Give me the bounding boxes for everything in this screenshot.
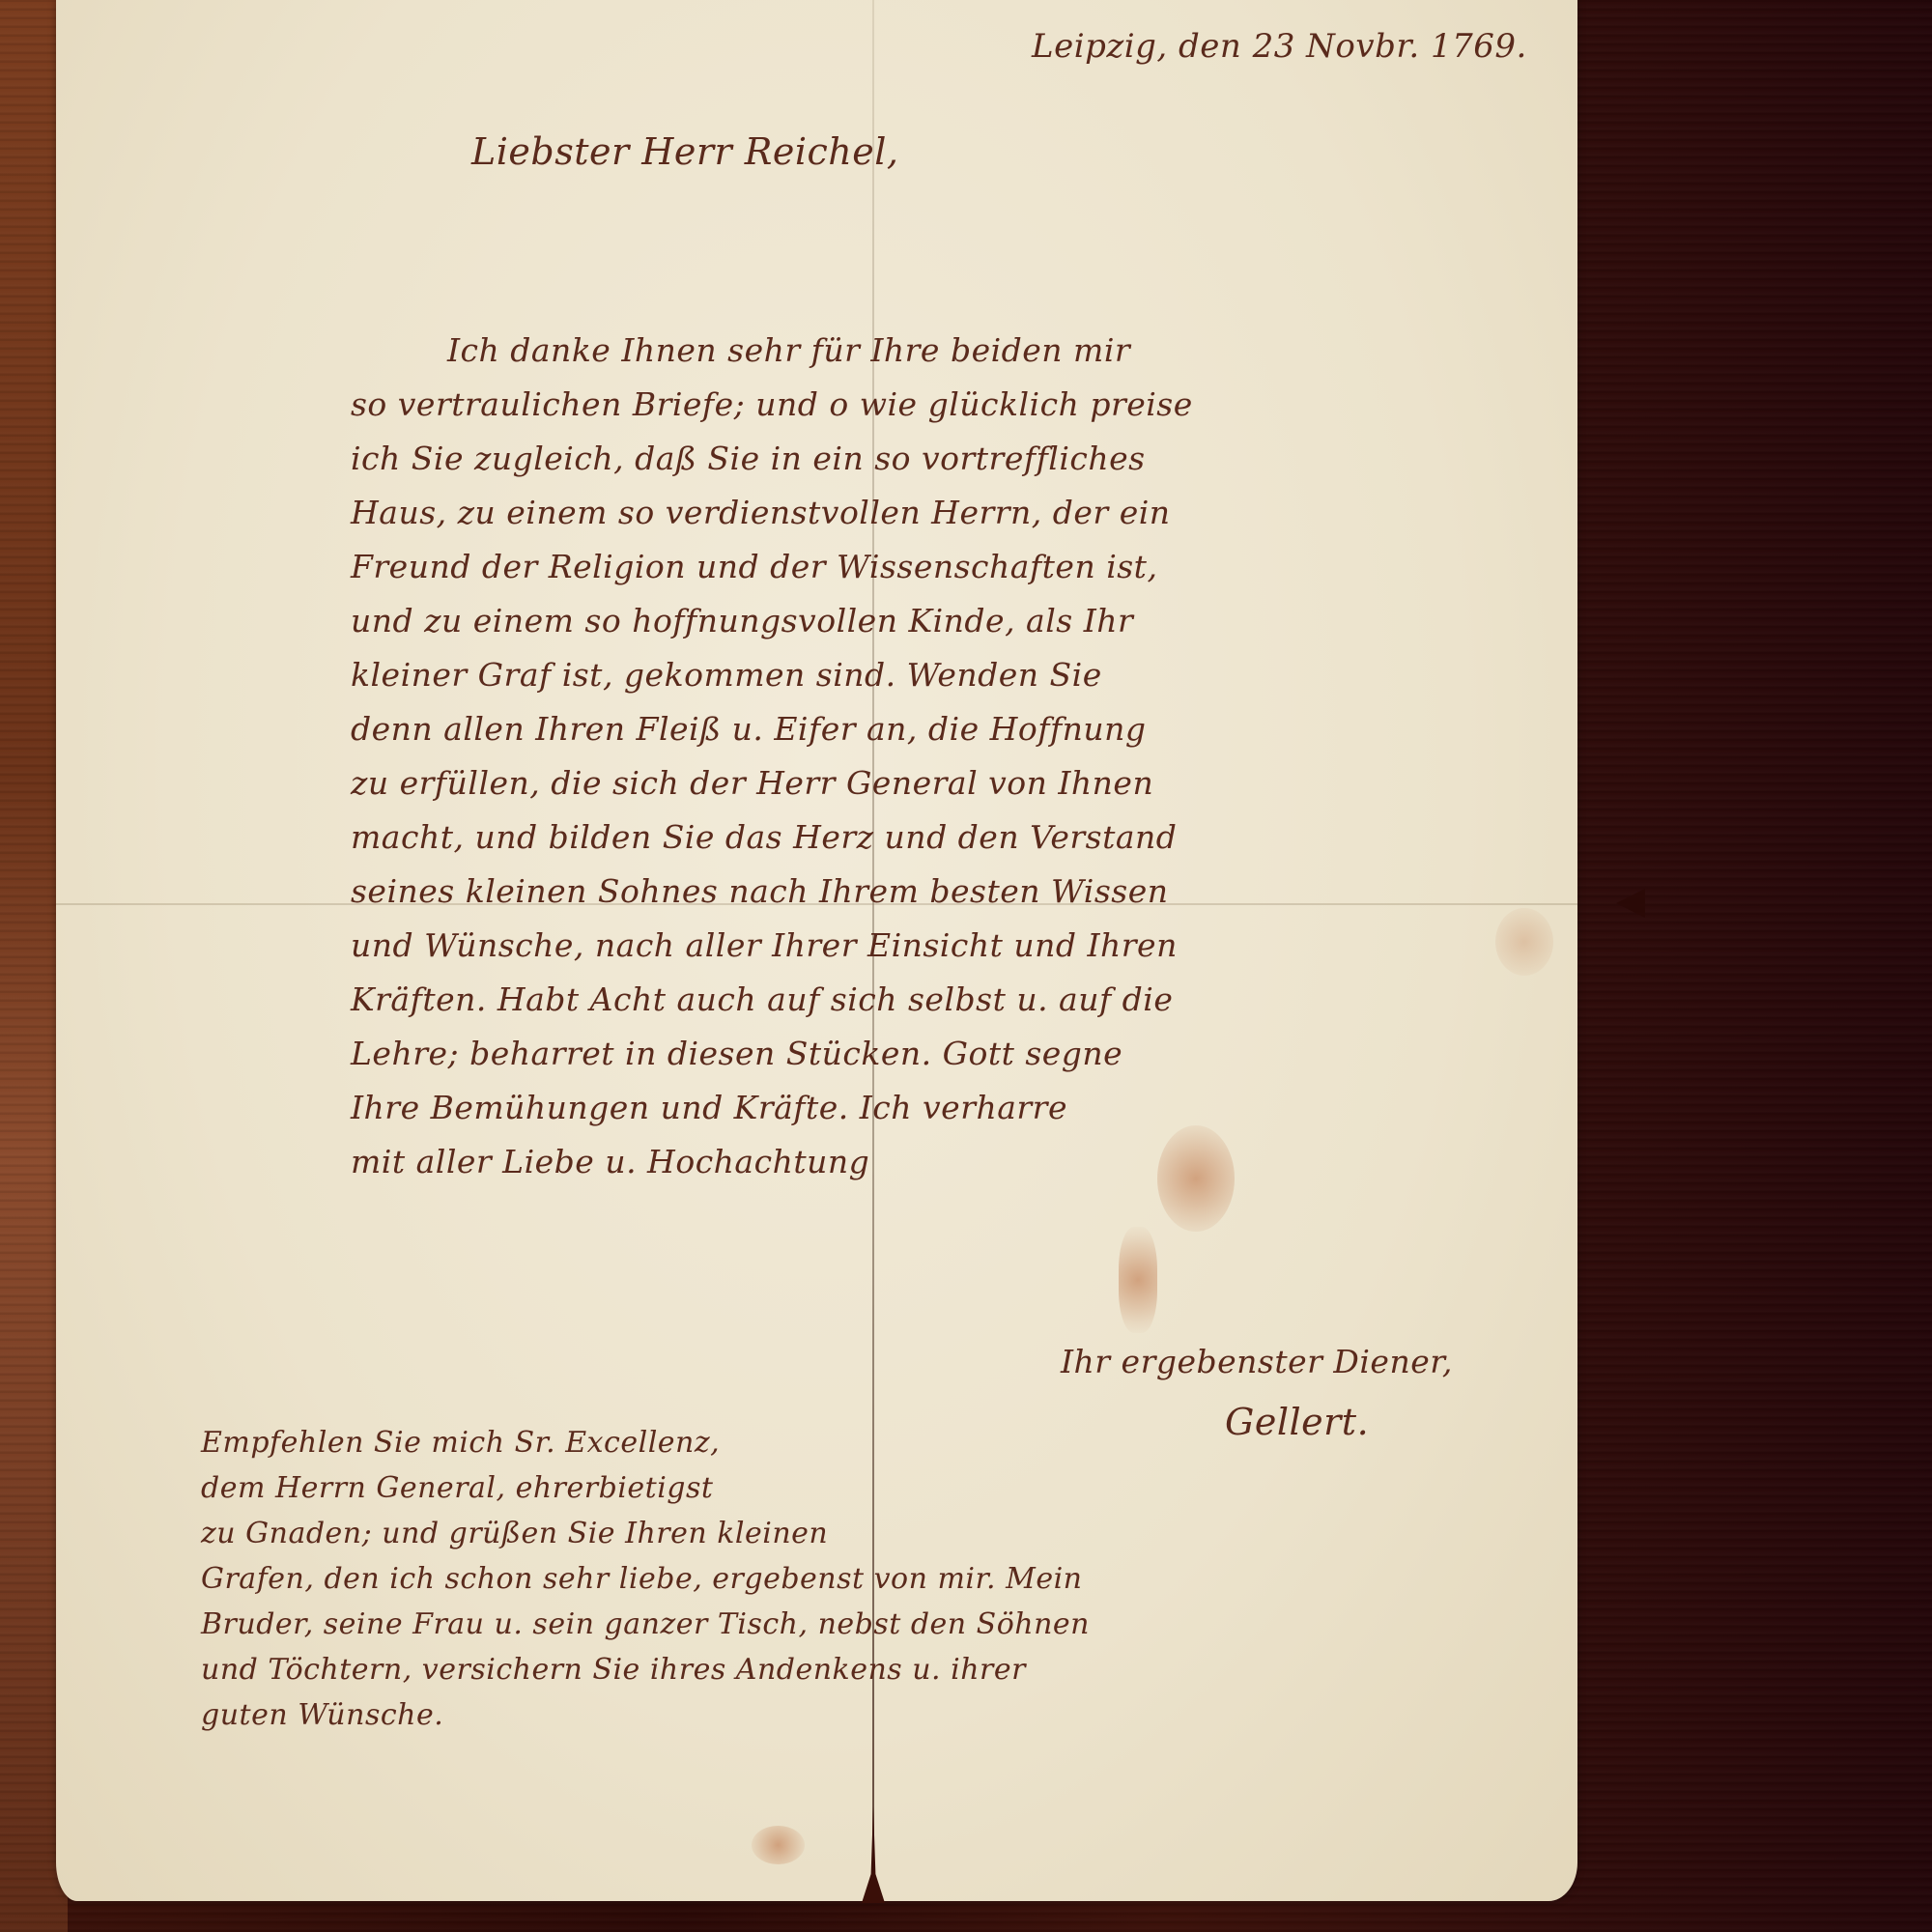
letter-sheet: Leipzig, den 23 Novbr. 1769. Liebster He…: [56, 0, 1577, 1901]
postscript-line: Grafen, den ich schon sehr liebe, ergebe…: [201, 1556, 1090, 1602]
postscript-line: zu Gnaden; und grüßen Sie Ihren kleinen: [201, 1511, 1090, 1556]
letter-dateline: Leipzig, den 23 Novbr. 1769.: [1032, 27, 1527, 66]
postscript-line: dem Herrn General, ehrerbietigst: [201, 1465, 1090, 1511]
letter-salutation: Liebster Herr Reichel,: [471, 130, 898, 173]
postscript-line: und Töchtern, versichern Sie ihres Anden…: [201, 1647, 1090, 1692]
body-line: Haus, zu einem so verdienstvollen Herrn,…: [351, 486, 1193, 540]
letter-body: Ich danke Ihnen sehr für Ihre beiden mir…: [351, 324, 1193, 1189]
body-line: so vertraulichen Briefe; und o wie glück…: [351, 378, 1193, 432]
body-line: Kräften. Habt Acht auch auf sich selbst …: [351, 973, 1193, 1027]
letter-signature: Gellert.: [1225, 1401, 1369, 1443]
body-line: Ich danke Ihnen sehr für Ihre beiden mir: [351, 324, 1193, 378]
postscript-line: guten Wünsche.: [201, 1692, 1090, 1738]
foxing-stain: [1119, 1227, 1157, 1333]
body-line: und zu einem so hoffnungsvollen Kinde, a…: [351, 594, 1193, 648]
body-line: ich Sie zugleich, daß Sie in ein so vort…: [351, 432, 1193, 486]
body-line: denn allen Ihren Fleiß u. Eifer an, die …: [351, 702, 1193, 756]
body-line: und Wünsche, nach aller Ihrer Einsicht u…: [351, 919, 1193, 973]
right-fold-tear: [1616, 889, 1645, 918]
bottom-fold-tear: [862, 1806, 885, 1903]
body-line: mit aller Liebe u. Hochachtung: [351, 1135, 1193, 1189]
body-line: kleiner Graf ist, gekommen sind. Wenden …: [351, 648, 1193, 702]
postscript-line: Empfehlen Sie mich Sr. Excellenz,: [201, 1420, 1090, 1465]
body-line: Freund der Religion und der Wissenschaft…: [351, 540, 1193, 594]
body-line: Lehre; beharret in diesen Stücken. Gott …: [351, 1027, 1193, 1081]
foxing-stain: [1495, 908, 1553, 976]
body-line: macht, und bilden Sie das Herz und den V…: [351, 810, 1193, 865]
body-line: Ihre Bemühungen und Kräfte. Ich verharre: [351, 1081, 1193, 1135]
letter-postscript: Empfehlen Sie mich Sr. Excellenz, dem He…: [201, 1420, 1090, 1738]
body-line: zu erfüllen, die sich der Herr General v…: [351, 756, 1193, 810]
letter-closing: Ihr ergebenster Diener,: [1061, 1343, 1453, 1380]
foxing-stain: [752, 1826, 805, 1864]
body-line: seines kleinen Sohnes nach Ihrem besten …: [351, 865, 1193, 919]
postscript-line: Bruder, seine Frau u. sein ganzer Tisch,…: [201, 1602, 1090, 1647]
